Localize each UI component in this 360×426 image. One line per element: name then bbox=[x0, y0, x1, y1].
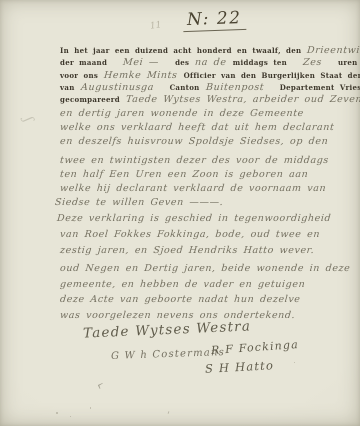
signature-officer: G W h Costermans bbox=[111, 347, 225, 362]
paper-speck bbox=[70, 416, 71, 417]
stray-ink-mark: ‹ bbox=[95, 376, 105, 395]
paper-speck bbox=[56, 412, 58, 414]
paper-speck bbox=[168, 411, 170, 414]
document-page: N: 22 11 In het jaar een duizend acht ho… bbox=[0, 0, 360, 426]
text-line: zestig jaren, en Sjoed Hendriks Hatto we… bbox=[60, 238, 346, 257]
paper-speck bbox=[90, 407, 91, 409]
handwritten-entry: zestig jaren, en Sjoed Hendriks Hatto we… bbox=[60, 245, 315, 256]
handwritten-entry: en deszelfs huisvrouw Spoldsje Siedses, … bbox=[60, 136, 329, 147]
text-line: en deszelfs huisvrouw Spoldsje Siedses, … bbox=[60, 129, 346, 148]
signature-witness-2: S H Hatto bbox=[205, 358, 275, 376]
paper-speck bbox=[294, 362, 295, 363]
handwritten-entry: was voorgelezen nevens ons ondertekend. bbox=[60, 310, 296, 321]
act-number: N: 22 bbox=[183, 8, 246, 32]
ink-bleed-mark: ʃ bbox=[20, 115, 35, 125]
faint-pencil-mark: 11 bbox=[149, 20, 162, 31]
signature-witness-1: R F Fockinga bbox=[211, 338, 300, 357]
text-line: was voorgelezen nevens ons ondertekend. bbox=[60, 303, 346, 322]
